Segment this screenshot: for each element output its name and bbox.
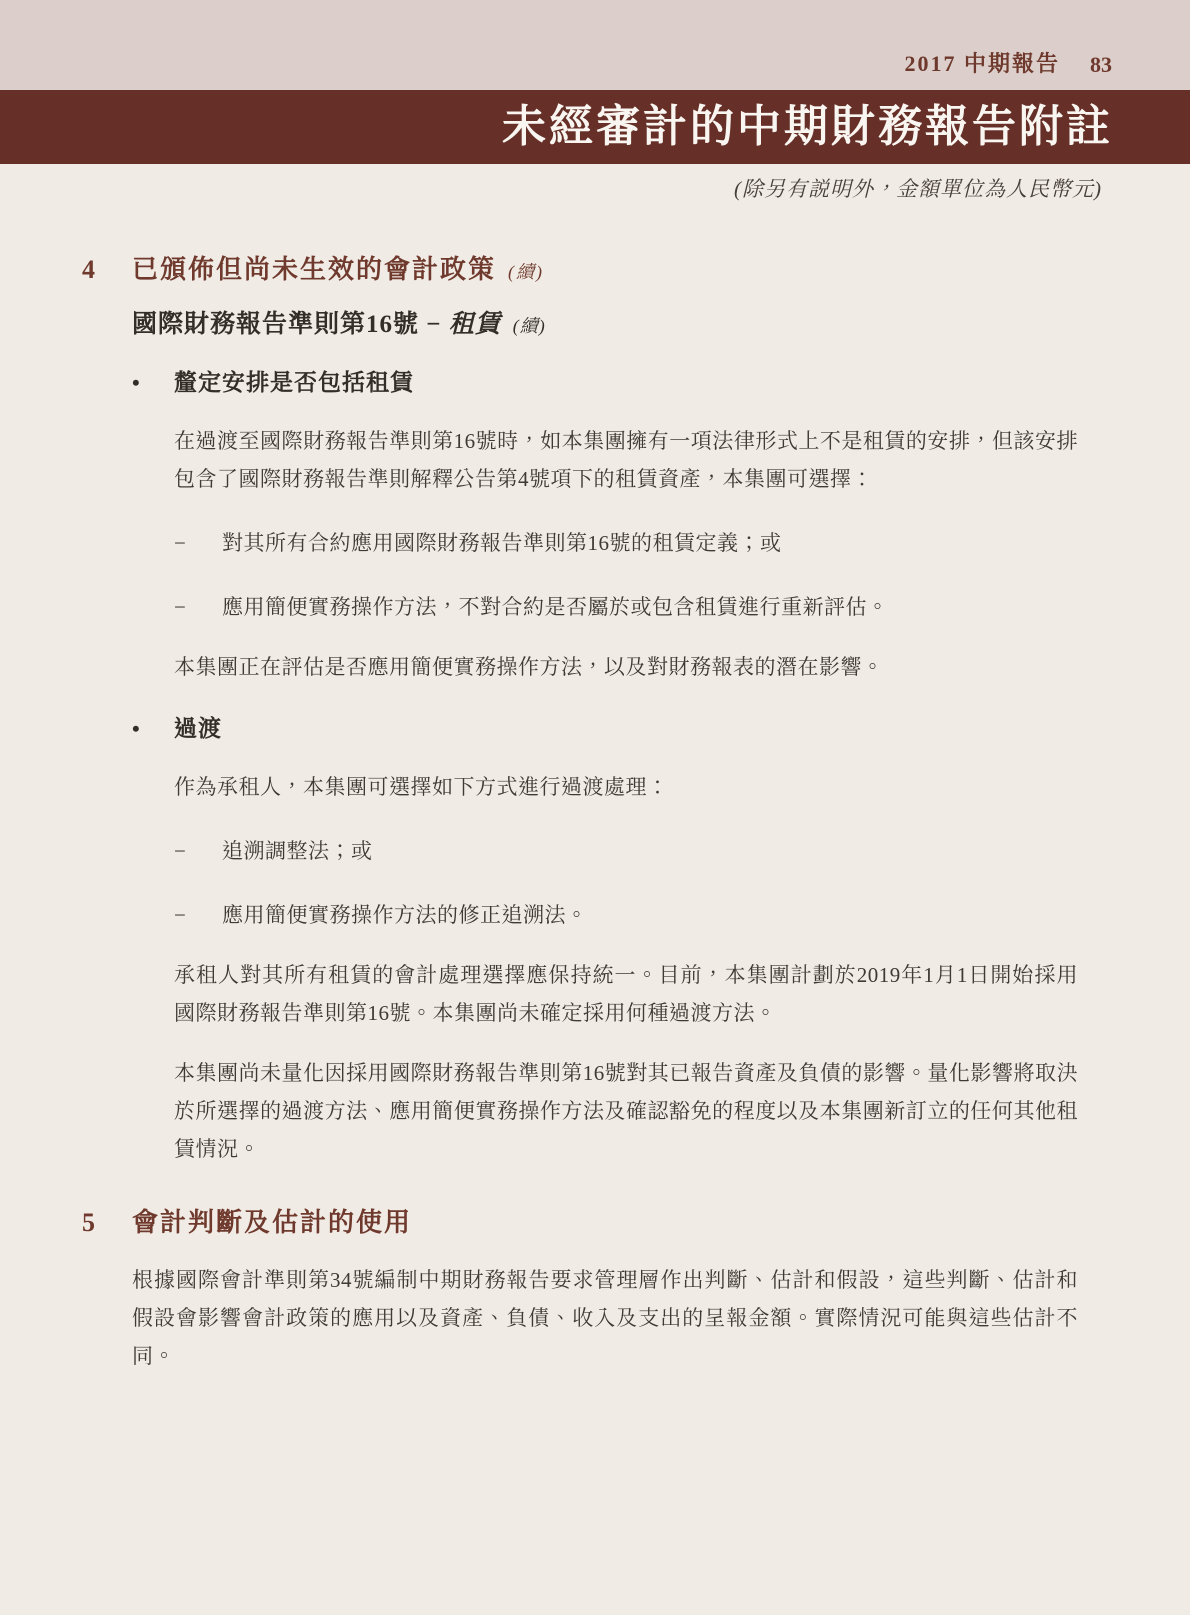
paragraph: 承租人對其所有租賃的會計處理選擇應保持統一。目前，本集團計劃於2019年1月1日… [174,956,1078,1032]
paragraph: 本集團正在評估是否應用簡便實務操作方法，以及對財務報表的潛在影響。 [174,648,1078,686]
header-band: 2017 中期報告 83 [0,0,1190,90]
section-4-number: 4 [82,255,132,285]
dash-icon: − [174,524,222,562]
section-4-title-text: 已頒佈但尚未生效的會計政策 [132,255,496,284]
bullet-2-content: 過渡 作為承租人，本集團可選擇如下方式進行過渡處理： − 追溯調整法；或 − 應… [174,712,1078,1168]
bullet-item-lease-determination: • 釐定安排是否包括租賃 在過渡至國際財務報告準則第16號時，如本集團擁有一項法… [132,366,1078,686]
dash-icon: − [174,896,222,934]
currency-note: (除另有説明外，金額單位為人民幣元) [0,173,1190,203]
ifrs16-subheading: 國際財務報告準則第16號 − 租賃(續) [132,304,1078,340]
dash-list-item: − 追溯調整法；或 [174,832,1078,870]
paragraph: 在過渡至國際財務報告準則第16號時，如本集團擁有一項法律形式上不是租賃的安排，但… [174,422,1078,498]
dash-icon: − [174,832,222,870]
dash-list-item: − 對其所有合約應用國際財務報告準則第16號的租賃定義；或 [174,524,1078,562]
page-title: 未經審計的中期財務報告附註 [502,105,1113,149]
dash-item-text: 應用簡便實務操作方法的修正追溯法。 [222,896,1078,934]
bullet-icon: • [132,366,174,686]
document-body: 4 已頒佈但尚未生效的會計政策(續) 國際財務報告準則第16號 − 租賃(續) … [0,203,1190,1375]
ifrs16-subheading-prefix: 國際財務報告準則第16號 − [132,311,449,338]
dash-item-text: 應用簡便實務操作方法，不對合約是否屬於或包含租賃進行重新評估。 [222,588,1078,626]
dash-list-item: − 應用簡便實務操作方法的修正追溯法。 [174,896,1078,934]
bullet-1-content: 釐定安排是否包括租賃 在過渡至國際財務報告準則第16號時，如本集團擁有一項法律形… [174,366,1078,686]
section-5-heading: 5 會計判斷及估計的使用 [82,1202,1078,1239]
section-5: 5 會計判斷及估計的使用 根據國際會計準則第34號編制中期財務報告要求管理層作出… [82,1202,1078,1375]
dash-icon: − [174,588,222,626]
bullet-item-transition: • 過渡 作為承租人，本集團可選擇如下方式進行過渡處理： − 追溯調整法；或 −… [132,712,1078,1168]
paragraph: 本集團尚未量化因採用國際財務報告準則第16號對其已報告資產及負債的影響。量化影響… [174,1054,1078,1168]
section-4-continued-mark: (續) [508,262,544,282]
bullet-icon: • [132,712,174,1168]
ifrs16-continued-mark: (續) [513,316,546,336]
title-banner: 未經審計的中期財務報告附註 [0,90,1190,164]
section-5-body: 根據國際會計準則第34號編制中期財務報告要求管理層作出判斷、估計和假設，這些判斷… [132,1261,1078,1375]
section-4: 4 已頒佈但尚未生效的會計政策(續) 國際財務報告準則第16號 − 租賃(續) … [82,249,1078,1168]
page-number: 83 [1090,52,1112,78]
bullet-2-label: 過渡 [174,712,1078,746]
dash-list-item: − 應用簡便實務操作方法，不對合約是否屬於或包含租賃進行重新評估。 [174,588,1078,626]
ifrs16-subheading-emphasis: 租賃 [449,311,501,338]
report-name: 2017 中期報告 [904,47,1060,78]
report-page: { "header": { "report": "2017 中期報告", "pa… [0,0,1190,1615]
section-5-title: 會計判斷及估計的使用 [132,1202,412,1239]
dash-item-text: 對其所有合約應用國際財務報告準則第16號的租賃定義；或 [222,524,1078,562]
section-4-title: 已頒佈但尚未生效的會計政策(續) [132,249,544,286]
paragraph: 作為承租人，本集團可選擇如下方式進行過渡處理： [174,768,1078,806]
bullet-1-label: 釐定安排是否包括租賃 [174,366,1078,400]
paragraph: 根據國際會計準則第34號編制中期財務報告要求管理層作出判斷、估計和假設，這些判斷… [132,1261,1078,1375]
section-4-heading: 4 已頒佈但尚未生效的會計政策(續) [82,249,1078,286]
section-5-number: 5 [82,1208,132,1238]
dash-item-text: 追溯調整法；或 [222,832,1078,870]
section-4-body: 國際財務報告準則第16號 − 租賃(續) • 釐定安排是否包括租賃 在過渡至國際… [132,304,1078,1168]
